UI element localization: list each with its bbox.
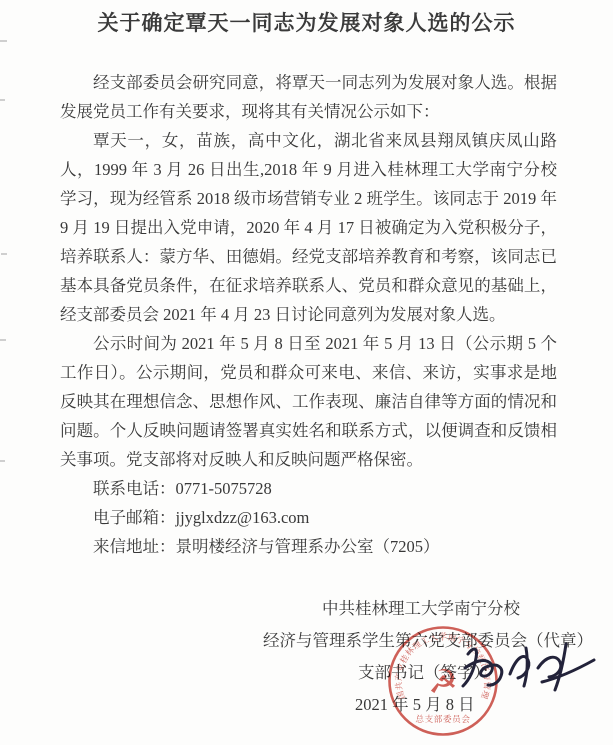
contact-address-line: 来信地址：景明楼经济与管理系办公室（7205） <box>60 532 557 561</box>
document-body: 经支部委员会研究同意，将覃天一同志列为发展对象人选。根据发展党员工作有关要求，现… <box>60 68 557 561</box>
seal-bottom-text: 总支部委员会 <box>415 713 470 725</box>
scan-noise-mark <box>0 99 5 101</box>
scan-noise-mark <box>0 339 6 341</box>
signoff-org-line-1: 中共桂林理工大学南宁分校 <box>322 599 520 619</box>
scan-noise-mark <box>0 460 5 462</box>
paragraph-notice: 公示时间为 2021 年 5 月 8 日至 2021 年 5 月 13 日（公示… <box>60 329 557 474</box>
scan-noise-mark <box>1 253 7 255</box>
contact-phone-line: 联系电话：0771-5075728 <box>60 474 557 503</box>
paragraph-intro: 经支部委员会研究同意，将覃天一同志列为发展对象人选。根据发展党员工作有关要求，现… <box>60 68 557 126</box>
handwritten-signature <box>458 640 600 698</box>
page-title: 关于确定覃天一同志为发展对象人选的公示 <box>0 0 613 37</box>
paragraph-profile: 覃天一，女，苗族，高中文化，湖北省来凤县翔凤镇庆凤山路人，1999 年 3 月 … <box>60 126 557 329</box>
scan-noise-mark <box>0 40 7 42</box>
announcement-document: 关于确定覃天一同志为发展对象人选的公示 经支部委员会研究同意，将覃天一同志列为发… <box>0 0 613 745</box>
contact-email-line: 电子邮箱：jjyglxdzz@163.com <box>60 503 557 532</box>
hammer-sickle-icon: ☭ <box>428 662 458 701</box>
